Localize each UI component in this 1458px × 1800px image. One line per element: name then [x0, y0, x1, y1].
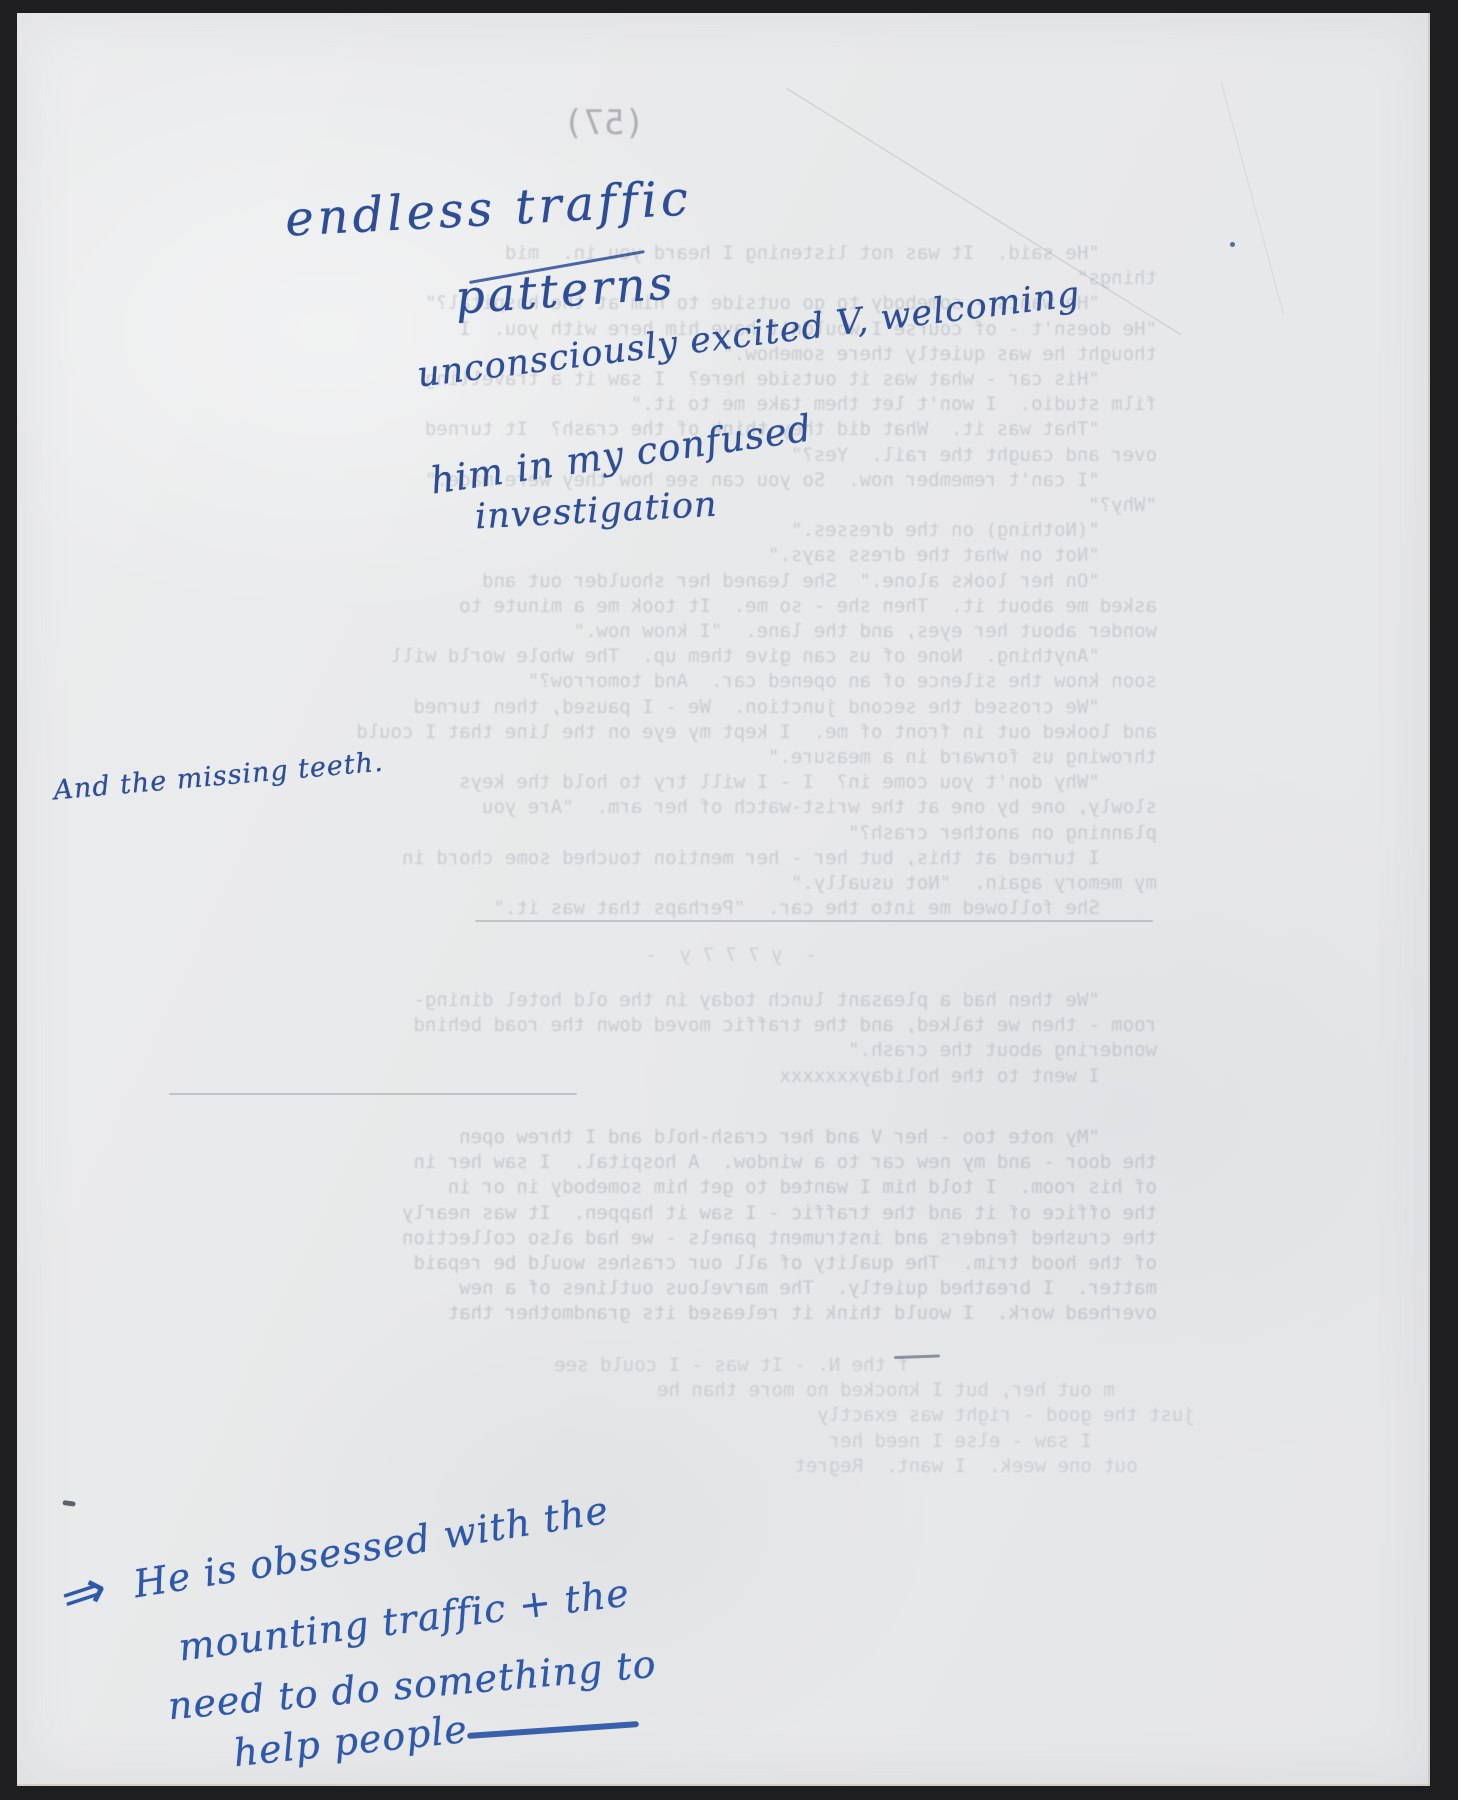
- crease-line: [1221, 83, 1284, 315]
- bleedthrough-block: "My note too - her V and her crash-hold …: [77, 1125, 1157, 1327]
- bleedthrough-line: "We then had a pleasant lunch today in t…: [77, 988, 1157, 1013]
- bleedthrough-line: slowly, one by one at the wrist-watch of…: [77, 795, 1157, 820]
- bleedthrough-line: - y 7 7 7 y -: [497, 943, 817, 968]
- bleedthrough-line: out one week. I want. Regret: [112, 1454, 1252, 1479]
- bleedthrough-line: "Anything. None of us can give them up. …: [77, 644, 1157, 669]
- ghost-underline: [169, 1093, 577, 1095]
- bleedthrough-line: film studio. I won't let them take me to…: [77, 392, 1157, 417]
- bleedthrough-line: overhead work. I would think it released…: [77, 1301, 1157, 1326]
- bleedthrough-block: f the N. - It was - I could see m out he…: [112, 1353, 1252, 1479]
- bleedthrough-block: "We then had a pleasant lunch today in t…: [77, 988, 1157, 1089]
- bleedthrough-line: planning on another crash?": [77, 821, 1157, 846]
- bleedthrough-line: "We crossed the second junction. We - I …: [77, 695, 1157, 720]
- bleedthrough-block: - y 7 7 7 y -: [497, 943, 817, 968]
- bleedthrough-line: wondering about the crash.": [77, 1038, 1157, 1063]
- bleedthrough-line: "My note too - her V and her crash-hold …: [77, 1125, 1157, 1150]
- bleedthrough-line: wonder about her eyes, and the lane. "I …: [77, 619, 1157, 644]
- ink-dot: [1230, 242, 1235, 247]
- manuscript-page: (57) "He said. It was not listening I he…: [17, 13, 1430, 1786]
- bleedthrough-line: the crushed fenders and instrument panel…: [77, 1226, 1157, 1251]
- bleedthrough-line: of his room. I told him I wanted to get …: [77, 1175, 1157, 1200]
- bleedthrough-line: just the good - right was exactly: [112, 1403, 1252, 1428]
- pencil-dash: [62, 1500, 76, 1507]
- bleedthrough-line: asked me about it. Then she - so me. It …: [77, 594, 1157, 619]
- bleedthrough-line: "On her looks alone." She leaned her sho…: [77, 569, 1157, 594]
- handwritten-note-endless-traffic: endless traffic: [284, 170, 693, 247]
- bleedthrough-line: the office of it and the traffic - I saw…: [77, 1201, 1157, 1226]
- bleedthrough-line: of the hood trim. The quality of all our…: [77, 1251, 1157, 1276]
- bleedthrough-line: I turned at this, but her - her mention …: [77, 846, 1157, 871]
- arrow-icon: ⇒: [52, 1555, 115, 1629]
- bleedthrough-line: "Not on what the dress says.": [77, 543, 1157, 568]
- bleedthrough-line: matter. I breathed quietly. The marvelou…: [77, 1276, 1157, 1301]
- bleedthrough-line: She followed me into the car. "Perhaps t…: [77, 896, 1157, 921]
- bleedthrough-line: I saw - else I need her: [112, 1429, 1252, 1454]
- bleedthrough-line: my memory again. "Not usually.": [77, 871, 1157, 896]
- scan-background: { "page": { "kind": "scanned manuscript …: [0, 0, 1458, 1800]
- bleedthrough-line: the door - and my new car to a window. A…: [77, 1150, 1157, 1175]
- bleedthrough-line: room - then we talked, and the traffic m…: [77, 1013, 1157, 1038]
- bleedthrough-line: soon know the silence of an opened car. …: [77, 669, 1157, 694]
- bleedthrough-line: f the N. - It was - I could see: [112, 1353, 1252, 1378]
- bleedthrough-page-number: (57): [563, 103, 645, 143]
- bleedthrough-line: I went to the holidayxxxxxxx: [77, 1064, 1157, 1089]
- bleedthrough-line: m out her, but I knocked no more than he: [112, 1378, 1252, 1403]
- ink-dash: [467, 1721, 639, 1739]
- bleedthrough-line: and looked out in front of me. I kept my…: [77, 720, 1157, 745]
- ghost-underline: [475, 920, 1153, 922]
